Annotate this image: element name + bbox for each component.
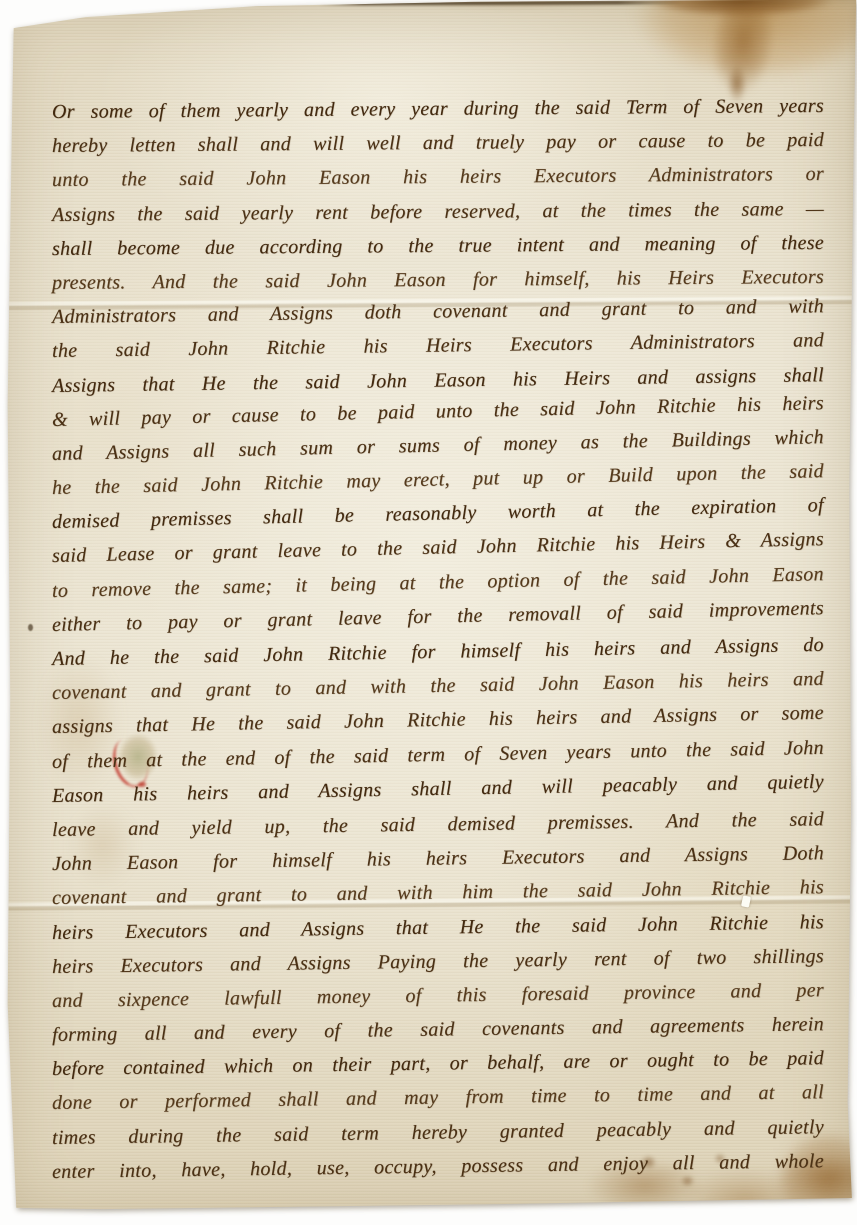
paper-vignette	[0, 0, 857, 1225]
manuscript-page: Or some of them yearly and every year du…	[0, 0, 857, 1225]
scan-background: Or some of them yearly and every year du…	[0, 0, 857, 1225]
